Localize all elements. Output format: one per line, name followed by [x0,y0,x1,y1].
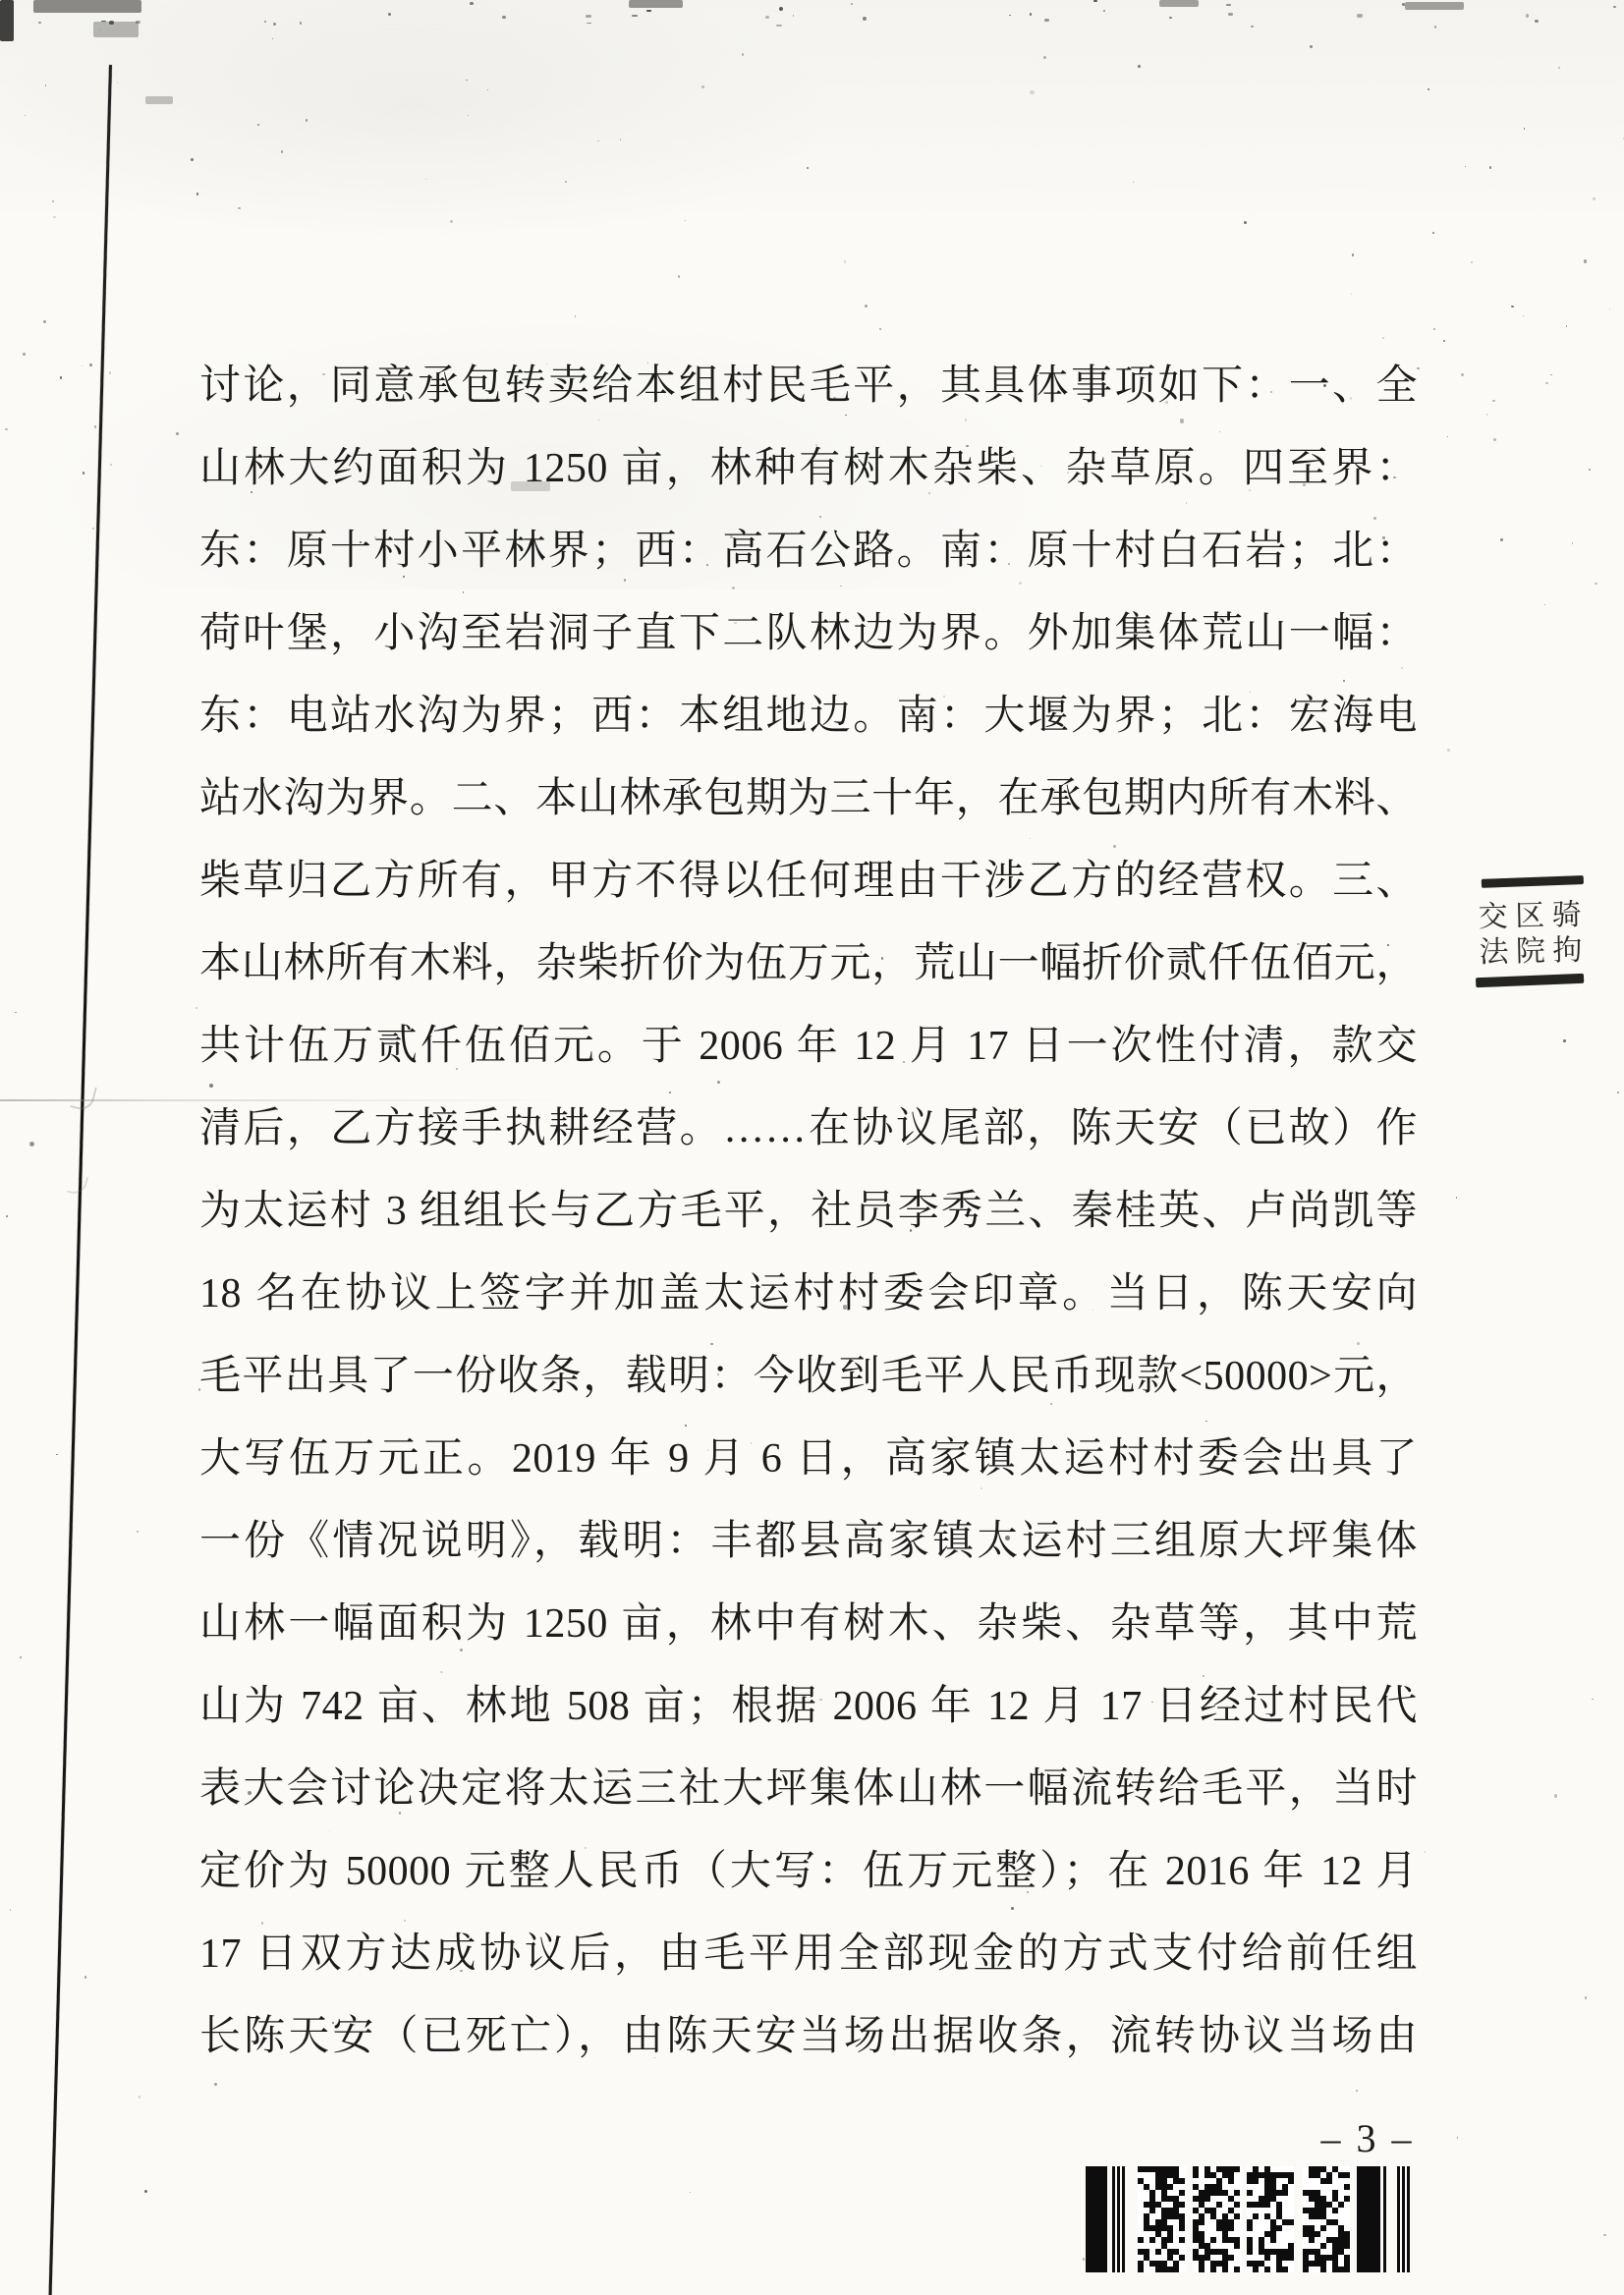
speckle [1585,1996,1588,1999]
speckle [1083,2258,1086,2261]
speckle [1011,1907,1014,1910]
barcode-module [1282,2267,1288,2272]
text-line: 本山林所有木料，杂柴折价为伍万元，荒山一幅折价贰仟伍佰元， [199,923,1418,1005]
speckle [1382,536,1384,538]
barcode-module [1247,2225,1253,2231]
speckle [1043,56,1046,59]
barcode-module [1193,2172,1199,2178]
speckle [214,2083,217,2086]
barcode-module [1303,2267,1309,2272]
speckle [196,193,198,195]
barcode-module [1253,2267,1259,2272]
barcode-solid-bar [1357,2166,1380,2272]
barcode-module [1253,2213,1259,2219]
barcode-module [1344,2243,1350,2249]
speckle [903,1061,905,1063]
barcode-module [1234,2213,1240,2219]
barcode-module [1228,2255,1234,2261]
speckle [1200,1458,1202,1460]
speckle [5,428,7,430]
text-line: 17 日双方达成协议后，由毛平用全部现金的方式支付给前任组 [199,1913,1418,1995]
speckle [322,373,325,376]
barcode-module [1326,2178,1332,2184]
edge-smudge [145,96,173,104]
edge-smudge [632,15,638,17]
speckle [89,364,92,366]
barcode-data-block [1303,2166,1350,2272]
speckle [943,696,945,698]
barcode-module [1228,2178,1234,2184]
barcode-module [1270,2237,1276,2243]
barcode-module [1344,2184,1350,2190]
barcode-module [1264,2267,1270,2272]
text-line: 大写伍万元正。2019 年 9 月 6 日，高家镇太运村村委会出具了 [199,1418,1418,1500]
speckle [1050,1403,1052,1405]
barcode-module [1320,2267,1326,2272]
speckle [1244,221,1247,224]
barcode-gap [1386,2166,1397,2272]
speckle [1456,1197,1457,1198]
barcode-module [1253,2178,1259,2184]
edge-smudge [33,0,141,13]
text-line: 东：电站水沟为界；西：本组地边。南：大堰为界；北：宏海电 [199,675,1418,757]
speckle [1138,65,1141,68]
court-stamp-fragment: 交区骑 法院拘 [1474,874,1589,989]
speckle [845,415,846,416]
speckle [52,200,54,202]
barcode-module [1315,2231,1320,2237]
speckle [1500,538,1503,541]
edge-smudge [586,15,591,18]
speckle [144,2190,147,2193]
speckle [306,807,308,809]
speckle [6,1215,8,1217]
speckle [29,1142,34,1147]
speckle [109,371,111,373]
speckle [1373,517,1376,520]
speckle [1465,166,1466,167]
barcode-module [1332,2208,1338,2213]
barcode-module [1179,2237,1185,2243]
speckle [1593,197,1596,200]
speckle [1030,13,1032,15]
barcode-module [1199,2219,1204,2225]
2d-barcode [1086,2166,1412,2272]
speckle [1493,438,1496,441]
speckle [248,1791,252,1795]
speckle [1471,261,1473,263]
speckle [694,1358,695,1359]
barcode-module [1276,2225,1282,2231]
speckle [117,82,119,84]
barcode-module [1138,2237,1144,2243]
edge-smudge [511,481,550,491]
barcode-module [1247,2249,1253,2255]
page-number: – 3 – [1299,2114,1436,2163]
barcode-module [1138,2267,1144,2272]
barcode-data-block [1247,2166,1294,2272]
speckle [844,260,846,262]
barcode-solid-bar [1086,2166,1107,2272]
speckle [966,445,969,448]
speckle [690,2192,691,2193]
barcode-module [1222,2267,1228,2272]
speckle [60,376,63,379]
speckle [1550,374,1551,375]
barcode-module [1179,2225,1185,2231]
barcode-data-block [1138,2166,1187,2272]
ghost-mark [67,1173,88,1197]
barcode-gap [1350,2166,1357,2272]
barcode-thin-lines [1112,2166,1127,2272]
text-line: 清后，乙方接手执耕经营。……在协议尾部，陈天安（已故）作 [199,1088,1418,1170]
speckle [717,1373,719,1375]
speckle [732,587,735,589]
speckle [1563,1039,1566,1042]
speckle [1447,749,1450,752]
barcode-module [1234,2267,1240,2272]
speckle [910,1229,912,1231]
speckle [1393,476,1395,478]
speckle [56,1454,57,1455]
text-line: 定价为 50000 元整人民币（大写：伍万元整）；在 2016 年 12 月 [199,1830,1418,1913]
speckle [1554,1794,1558,1798]
barcode-module [1167,2184,1173,2190]
barcode-module [1179,2178,1185,2184]
speckle [717,1081,720,1084]
speckle [678,275,680,277]
barcode-module [1264,2202,1270,2208]
speckle [793,15,794,16]
edge-smudge [1228,13,1233,16]
speckle [1425,1851,1426,1852]
stamp-bottom-bar [1476,974,1584,987]
speckle [1617,1092,1619,1093]
scanned-document-page: 讨论，同意承包转卖给本组村民毛平，其具体事项如下：一、全山林大约面积为 1250… [0,0,1624,2295]
barcode-module [1228,2225,1234,2231]
text-line: 荷叶堡，小沟至岩洞子直下二队林边为界。外加集体荒山一幅： [199,592,1418,675]
barcode-module [1320,2225,1326,2231]
barcode-module [1204,2196,1210,2202]
edge-smudge [646,10,650,12]
speckle [1461,373,1464,376]
text-line: 为太运村 3 组组长与乙方毛平，社员李秀兰、秦桂英、卢尚凯等 [199,1170,1418,1253]
barcode-module [1247,2190,1253,2196]
speckle [734,622,736,624]
barcode-module [1234,2202,1240,2208]
text-line: 一份《情况说明》，载明：丰都县高家镇太运村三组原大坪集体 [199,1500,1418,1583]
edge-smudge [93,22,139,37]
speckle [374,536,376,538]
text-line: 讨论，同意承包转卖给本组村民毛平，其具体事项如下：一、全 [199,345,1418,427]
text-line: 柴草归乙方所有，甲方不得以任何理由干涉乙方的经营权。三、 [199,840,1418,923]
speckle [1352,253,1355,256]
edge-smudge [1434,26,1437,28]
text-line: 山林一幅面积为 1250 亩，林中有树木、杂柴、杂草等，其中荒 [199,1583,1418,1665]
edge-smudge [776,25,782,27]
speckle [404,1920,406,1922]
edge-smudge [1251,26,1254,28]
barcode-module [1344,2172,1350,2178]
barcode-module [1320,2243,1326,2249]
barcode-module [1167,2237,1173,2243]
speckle [196,1007,197,1009]
speckle [110,464,112,466]
barcode-module [1309,2237,1315,2243]
barcode-module [1288,2219,1294,2225]
barcode-module [1216,2202,1222,2208]
barcode-module [1344,2196,1350,2202]
speckle [1186,502,1187,503]
speckle [1323,384,1326,387]
edge-smudge [0,0,14,41]
text-line: 山林大约面积为 1250 亩，林种有树木杂柴、杂草原。四至界： [199,427,1418,510]
speckle [742,53,744,55]
barcode-module [1179,2202,1185,2208]
speckle [1270,391,1271,392]
speckle [1113,845,1116,848]
edge-smudge [1526,14,1529,18]
edge-smudge [1357,14,1363,18]
barcode-gap [1294,2166,1303,2272]
barcode-module [1179,2190,1185,2196]
barcode-module [1179,2255,1185,2261]
text-line: 表大会讨论决定将太运三社大坪集体山林一幅流转给毛平，当时 [199,1748,1418,1830]
speckle [833,397,835,399]
speckle [624,579,627,582]
body-text: 讨论，同意承包转卖给本组村民毛平，其具体事项如下：一、全山林大约面积为 1250… [199,345,1418,2078]
stamp-top-bar [1482,875,1584,888]
speckle [843,1305,847,1309]
barcode-module [1282,2190,1288,2196]
speckle [879,328,881,330]
speckle [20,1656,22,1658]
speckle [1227,948,1229,950]
edge-smudge [1169,17,1173,19]
barcode-module [1288,2178,1294,2184]
speckle [881,957,883,959]
speckle [1027,1891,1029,1893]
barcode-module [1210,2267,1216,2272]
speckle [360,541,362,543]
barcode-module [1234,2190,1240,2196]
barcode-thin-lines [1397,2166,1412,2272]
edge-smudge [502,16,506,19]
text-line: 山为 742 亩、林地 508 亩；根据 2006 年 12 月 17 日经过村… [199,1665,1418,1748]
speckle [468,115,469,116]
text-line: 站水沟为界。二、本山林承包期为三十年，在承包期内所有木料、 [199,757,1418,840]
speckle [176,432,179,435]
edge-smudge [1613,6,1616,8]
barcode-module [1149,2208,1155,2213]
speckle [1511,306,1513,308]
text-line: 长陈天安（已死亡），由陈天安当场出据收条，流转协议当场由 [199,1995,1418,2078]
edge-smudge [1226,4,1231,5]
speckle [25,115,26,116]
speckle [456,1068,458,1070]
speckle [139,2096,141,2099]
speckle [1005,1536,1010,1540]
ghost-mark [70,1083,97,1113]
text-line: 毛平出具了一份收条，载明：今收到毛平人民币现款<50000>元， [199,1335,1418,1418]
stamp-text-row: 法院拘 [1479,925,1584,971]
speckle [332,2022,334,2024]
barcode-gap [1127,2166,1138,2272]
speckle [1297,943,1300,946]
speckle [819,516,821,518]
speckle [1180,419,1184,422]
speckle [84,1976,86,1978]
speckle [710,1343,712,1345]
speckle [1592,1699,1593,1700]
barcode-module [1338,2202,1344,2208]
barcode-module [1149,2237,1155,2243]
speckle [137,1531,139,1533]
barcode-module [1344,2267,1350,2272]
speckle [1357,1342,1360,1345]
edge-smudge [1159,0,1199,7]
barcode-module [1234,2166,1240,2172]
speckle [1535,20,1539,24]
edge-smudge [1093,0,1096,2]
text-line: 东：原十村小平林界；西：高石公路。南：原十村白石岩；北： [199,510,1418,592]
speckle [1008,563,1009,564]
barcode-module [1210,2237,1216,2243]
speckle [10,1909,11,1910]
speckle [1303,483,1306,486]
speckle [1382,337,1384,339]
barcode-module [1288,2255,1294,2261]
speckle [1544,604,1545,605]
barcode-module [1155,2249,1161,2255]
speckle [238,207,241,210]
speckle [82,365,83,366]
speckle [191,158,193,160]
speckle [15,1012,16,1013]
speckle [92,528,94,530]
speckle [1603,2234,1606,2237]
edge-smudge [629,0,683,8]
speckle [43,320,46,323]
speckle [1428,88,1429,90]
barcode-data-block [1193,2166,1242,2272]
speckle [300,476,302,478]
edge-smudge [765,16,768,20]
speckle [980,1487,982,1489]
speckle [1043,1039,1044,1040]
speckle [281,150,284,153]
speckle [296,1201,299,1203]
speckle [928,492,930,494]
speckle [251,491,252,493]
barcode-module [1264,2255,1270,2261]
barcode-module [1199,2267,1204,2272]
speckle [261,1922,264,1925]
text-line: 18 名在协议上签字并加盖太运村村委会印章。当日，陈天安向 [199,1253,1418,1335]
barcode-module [1173,2267,1179,2272]
edge-smudge [38,22,41,24]
speckle [1545,382,1547,384]
barcode-module [1234,2243,1240,2249]
text-line: 共计伍万贰仟伍佰元。于 2006 年 12 月 17 日一次性付清，款交 [199,1005,1418,1088]
speckle [1457,2137,1458,2138]
speckle [1489,166,1491,168]
speckle [209,1084,213,1088]
speckle [1019,582,1022,585]
speckle [965,419,968,421]
speckle [460,1970,463,1973]
edge-smudge [863,17,867,20]
edge-smudge [1044,19,1049,22]
speckle [1609,308,1610,309]
speckle [1356,2090,1358,2092]
edge-smudge [1405,2,1464,10]
